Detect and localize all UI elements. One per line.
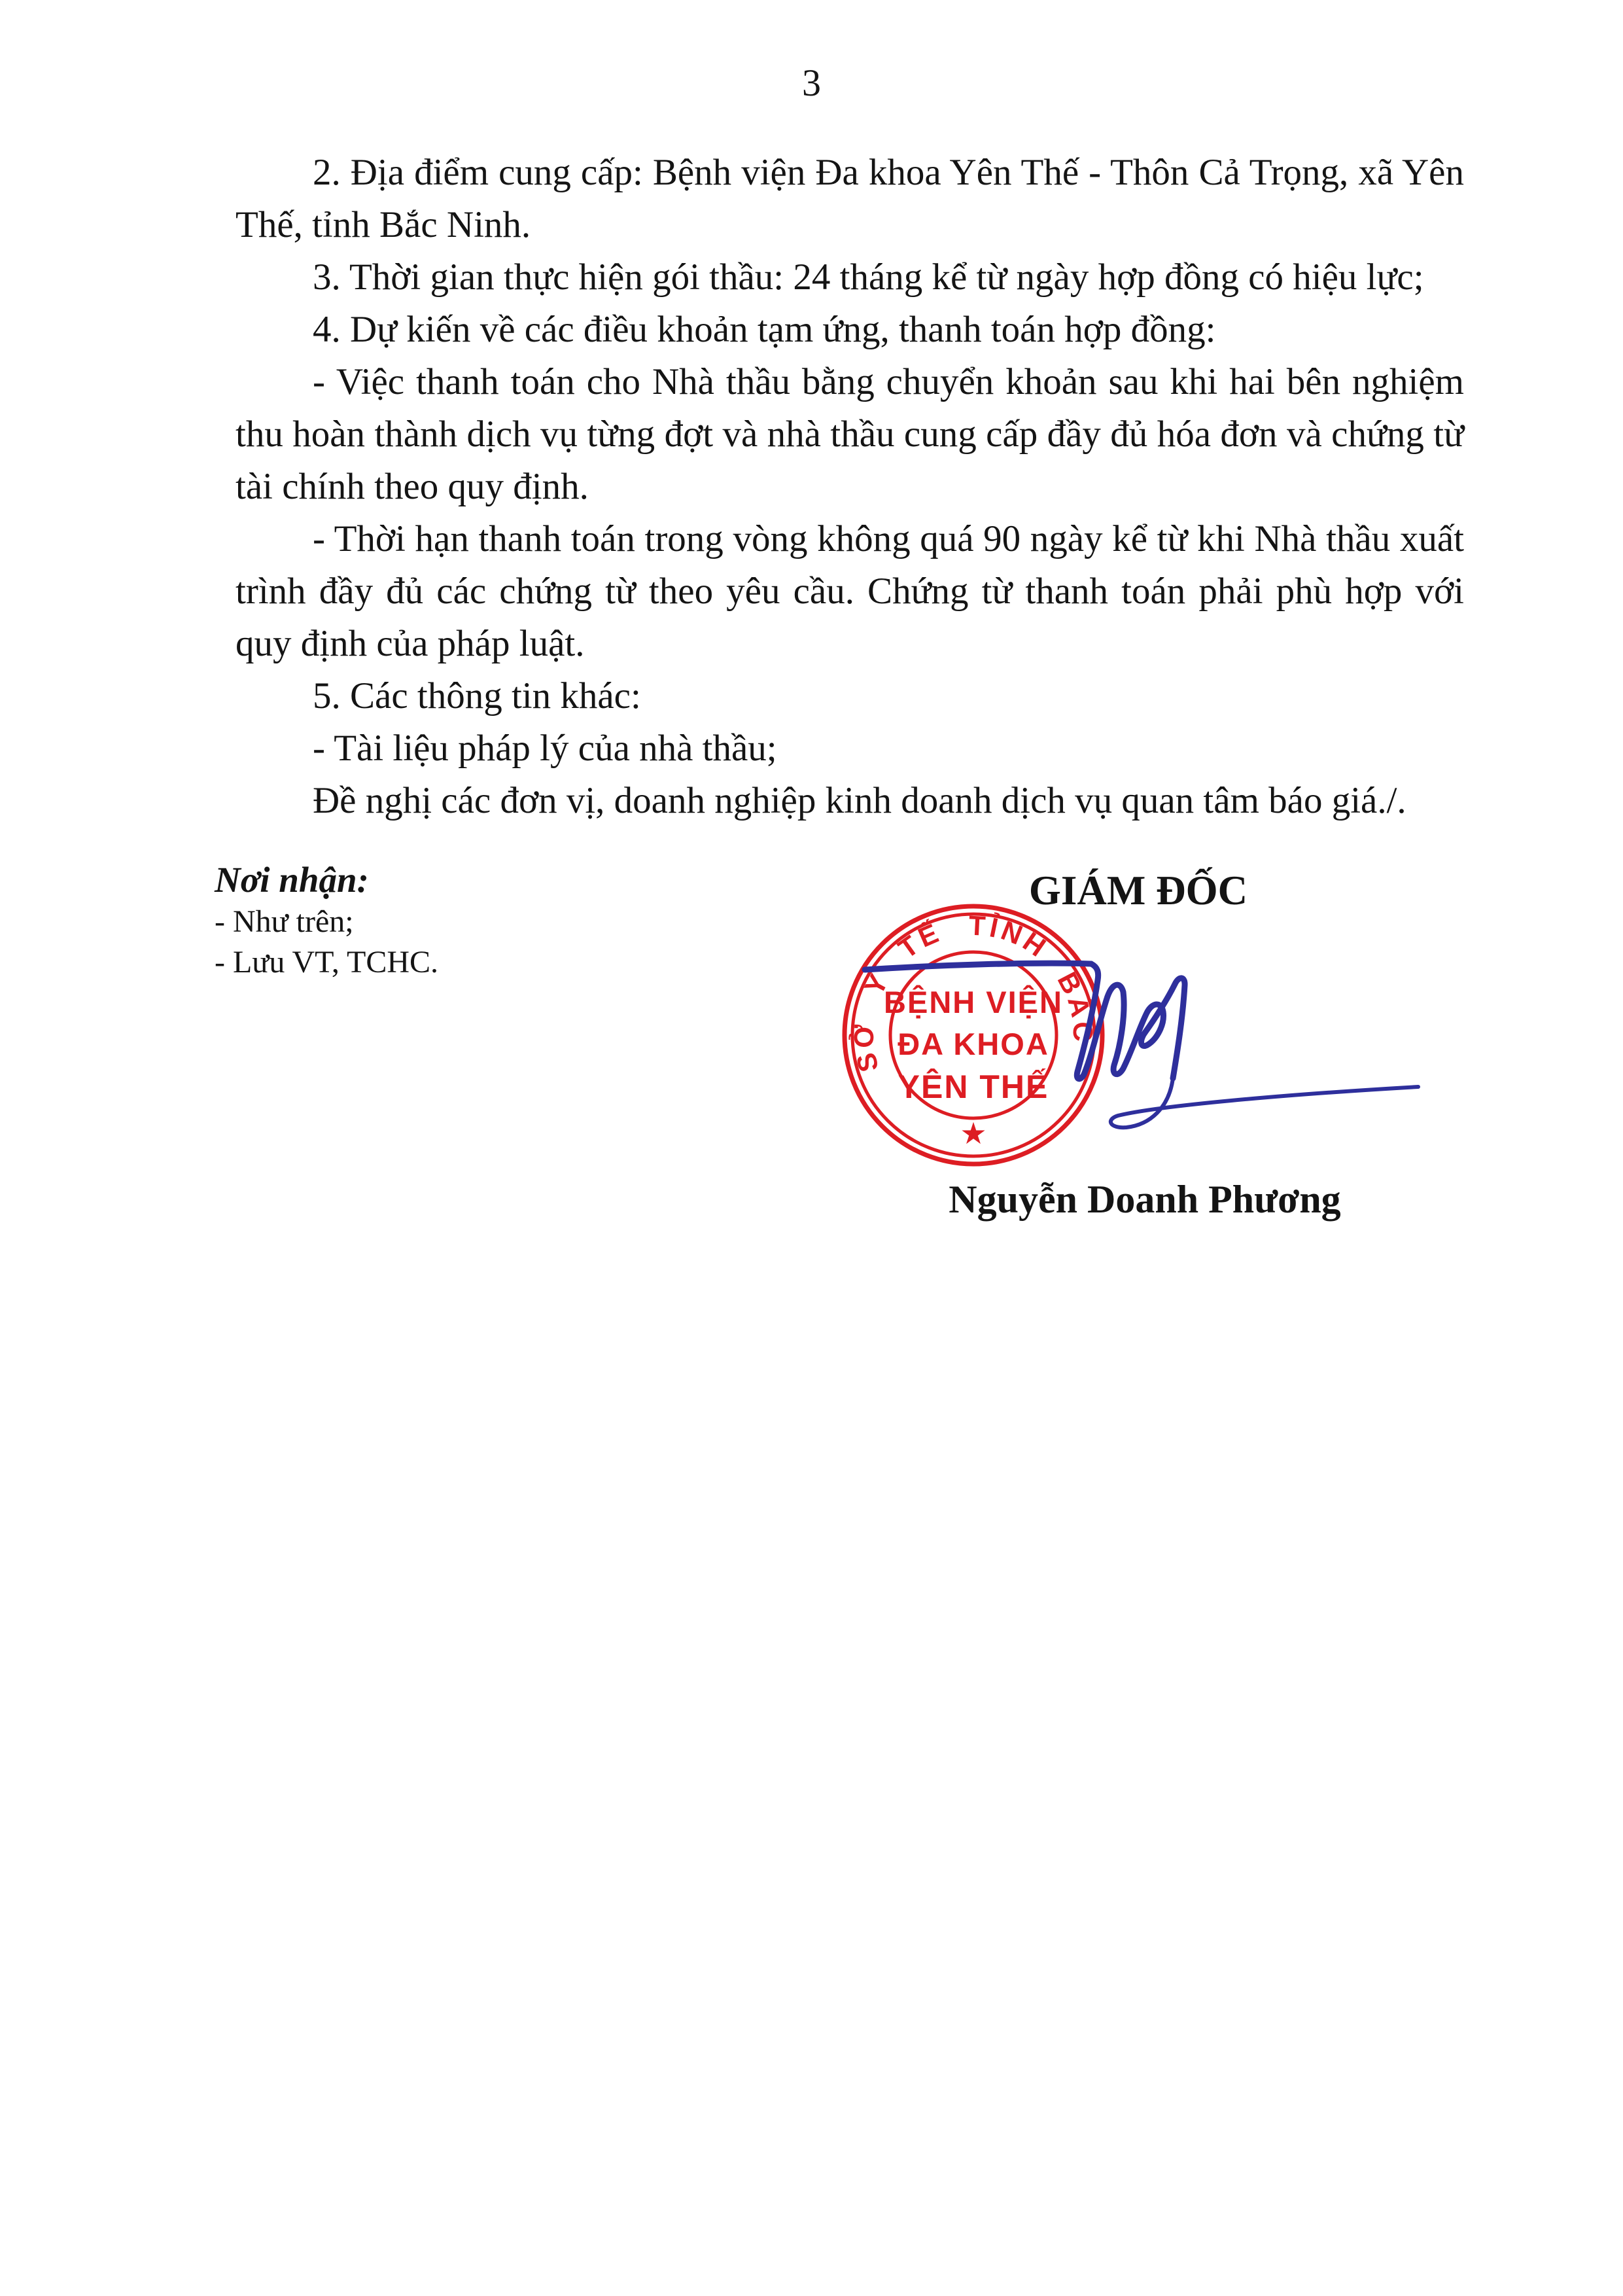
stamp-center-line3: YÊN THẾ	[898, 1069, 1049, 1105]
signature-tail-stroke	[1111, 1078, 1418, 1127]
signature-block: Nơi nhận: - Như trên; - Lưu VT, TCHC. GI…	[0, 0, 1623, 2296]
signer-name: Nguyễn Doanh Phương	[909, 1176, 1380, 1222]
recipient-item: - Như trên;	[215, 902, 672, 942]
document-page: 3 2. Địa điểm cung cấp: Bệnh viện Đa kho…	[0, 0, 1623, 2296]
stamp-center-line1: BỆNH VIỆN	[884, 985, 1063, 1019]
stamp-center-line2: ĐA KHOA	[898, 1027, 1049, 1061]
hospital-stamp-icon: SỞ Y TẾ TỈNH BẮC NINH BỆNH VIỆN ĐA KHOA …	[821, 887, 1102, 1164]
stamp-and-signature-graphic: SỞ Y TẾ TỈNH BẮC NINH BỆNH VIỆN ĐA KHOA …	[821, 887, 1456, 1194]
star-icon: ★	[960, 1116, 986, 1151]
recipients-section: Nơi nhận: - Như trên; - Lưu VT, TCHC.	[215, 858, 672, 983]
recipients-heading: Nơi nhận:	[215, 858, 672, 902]
recipient-item: - Lưu VT, TCHC.	[215, 942, 672, 983]
